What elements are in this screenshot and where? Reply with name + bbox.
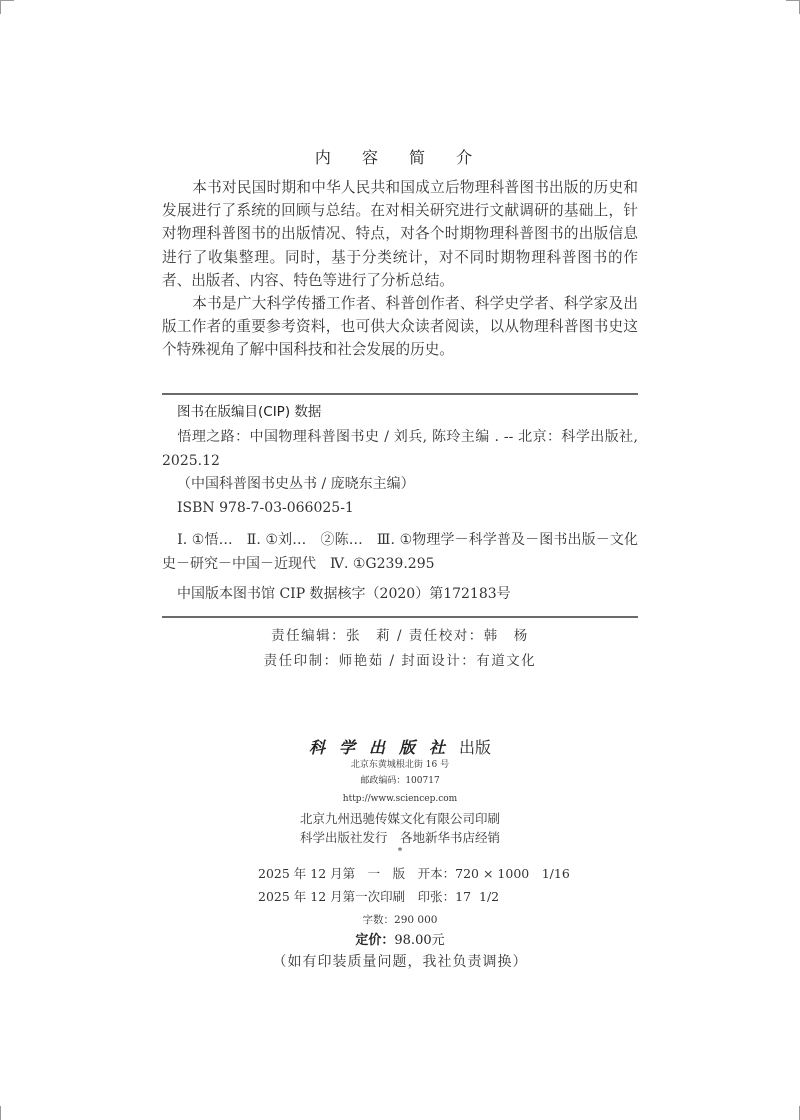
cip-bottom-rule: [162, 616, 638, 618]
cip-series-text: （中国科普图书史丛书 / 庞晓东主编）: [177, 476, 415, 492]
crop-mark-top-left-v: [0, 0, 1, 14]
synopsis-paragraph-2-text: 本书是广大科学传播工作者、科普创作者、科学史学者、科学家及出版工作者的重要参考资…: [162, 295, 638, 358]
price-line: 定价：98.00元: [0, 929, 800, 948]
crop-mark-top-right-h: [786, 0, 800, 1]
cip-isbn: ISBN 978-7-03-066025-1: [162, 497, 638, 521]
staff-credits-line-2: 责任印制：师艳茹 / 封面设计：有道文化: [0, 649, 800, 669]
edition-line: 2025 年 12 月第 一 版 开本：720 × 1000 1/16: [258, 864, 570, 882]
staff-credits-line-1: 责任编辑：张 莉 / 责任校对：韩 杨: [0, 624, 800, 644]
cip-number: 中国版本图书馆 CIP 数据核字（2020）第172183号: [162, 583, 638, 607]
publisher-postcode: 邮政编码：100717: [0, 773, 800, 786]
synopsis-paragraph-2: 本书是广大科学传播工作者、科普创作者、科学史学者、科学家及出版工作者的重要参考资…: [162, 292, 638, 362]
cip-heading: 图书在版编目(CIP) 数据: [177, 400, 321, 420]
publisher-line: 科学出版社出版: [0, 735, 800, 758]
publisher-address: 北京东黄城根北街 16 号: [0, 757, 800, 770]
publisher-suffix: 出版: [459, 738, 491, 757]
crop-mark-bottom-left-v: [0, 1106, 1, 1120]
distribution-line: 科学出版社发行 各地新华书店经销: [0, 828, 800, 846]
synopsis-paragraph-1: 本书对民国时期和中华人民共和国成立后物理科普图书出版的历史和发展进行了系统的回顾…: [162, 176, 638, 292]
cip-series: （中国科普图书史丛书 / 庞晓东主编）: [162, 473, 638, 497]
cip-top-rule: [162, 393, 638, 395]
price-label: 定价：: [355, 933, 394, 948]
word-count: 字数：290 000: [0, 912, 800, 927]
cip-entry: 悟理之路：中国物理科普图书史 / 刘兵, 陈玲主编 . -- 北京：科学出版社,…: [162, 426, 638, 473]
cip-number-text: 中国版本图书馆 CIP 数据核字（2020）第172183号: [177, 586, 511, 602]
synopsis-title: 内 容 简 介: [0, 145, 800, 168]
publisher-url: http://www.sciencep.com: [0, 794, 800, 804]
quality-note: （如有印装质量问题，我社负责调换）: [0, 951, 800, 971]
cip-entry-text: 悟理之路：中国物理科普图书史 / 刘兵, 陈玲主编 . -- 北京：科学出版社,…: [162, 429, 638, 469]
printer-line: 北京九州迅驰传媒文化有限公司印刷: [0, 809, 800, 827]
cip-classification: Ⅰ. ①悟… Ⅱ. ①刘… ②陈… Ⅲ. ①物理学－科学普及－图书出版－文化史－…: [162, 529, 638, 576]
cip-isbn-text: ISBN 978-7-03-066025-1: [177, 500, 354, 516]
crop-mark-top-left-h: [0, 0, 14, 1]
price-value: 98.00元: [394, 933, 444, 948]
imprint-separator: *: [0, 847, 800, 857]
synopsis-paragraph-1-text: 本书对民国时期和中华人民共和国成立后物理科普图书出版的历史和发展进行了系统的回顾…: [162, 179, 638, 289]
publisher-name: 科学出版社: [309, 738, 459, 757]
printing-line: 2025 年 12 月第一次印刷 印张：17 1/2: [258, 887, 499, 905]
cip-classification-text: Ⅰ. ①悟… Ⅱ. ①刘… ②陈… Ⅲ. ①物理学－科学普及－图书出版－文化史－…: [162, 532, 638, 572]
